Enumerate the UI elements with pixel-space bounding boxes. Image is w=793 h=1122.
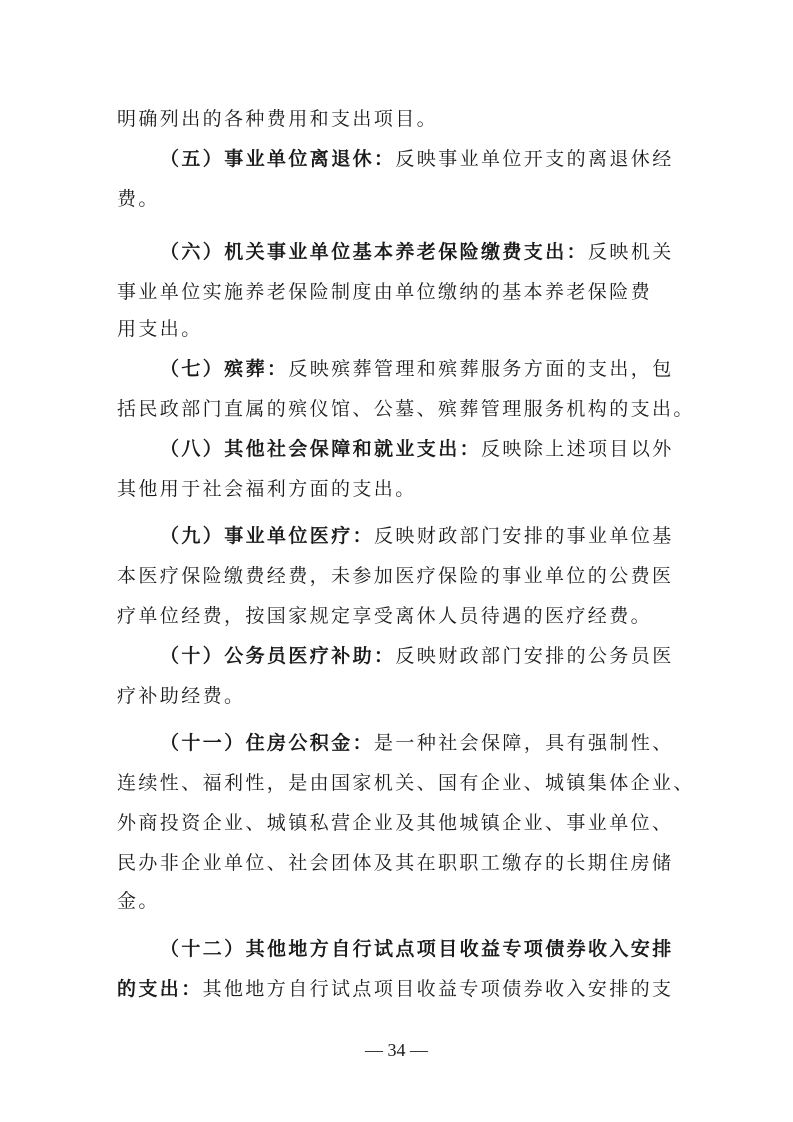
- section-10-heading: （十）公务员医疗补助：反映财政部门安排的公务员医: [160, 641, 674, 671]
- text-line: 民办非企业单位、社会团体及其在职职工缴存的长期住房储: [117, 848, 673, 878]
- text-line: 括民政部门直属的殡仪馆、公墓、殡葬管理服务机构的支出。: [117, 394, 695, 424]
- section-7-heading: （七）殡葬：反映殡葬管理和殡葬服务方面的支出，包: [160, 354, 674, 384]
- section-12-heading: （十二）其他地方自行试点项目收益专项债券收入安排: [160, 934, 674, 964]
- text-line: 其他用于社会福利方面的支出。: [117, 474, 417, 504]
- text-line: 事业单位实施养老保险制度由单位缴纳的基本养老保险费: [117, 277, 652, 307]
- section-6-title: （六）机关事业单位基本养老保险缴费支出：: [160, 241, 588, 263]
- section-5-heading: （五）事业单位离退休：反映事业单位开支的离退休经: [160, 144, 674, 174]
- section-6-heading: （六）机关事业单位基本养老保险缴费支出：反映机关: [160, 237, 674, 267]
- text-line: 疗单位经费，按国家规定享受离休人员待遇的医疗经费。: [117, 601, 652, 631]
- text-line: 金。: [117, 886, 160, 916]
- page-number: — 34 —: [0, 1040, 793, 1061]
- text-line: 本医疗保险缴费经费，未参加医疗保险的事业单位的公费医: [117, 561, 673, 591]
- section-11-title: （十一）住房公积金：: [160, 732, 374, 754]
- text-line: 明确列出的各种费用和支出项目。: [117, 104, 438, 134]
- text-line: 费。: [117, 184, 160, 214]
- section-8-heading: （八）其他社会保障和就业支出：反映除上述项目以外: [160, 434, 674, 464]
- text-line: 疗补助经费。: [117, 681, 245, 711]
- section-9-heading: （九）事业单位医疗：反映财政部门安排的事业单位基: [160, 521, 674, 551]
- text-line: 连续性、福利性，是由国家机关、国有企业、城镇集体企业、: [117, 768, 695, 798]
- document-page: 明确列出的各种费用和支出项目。 （五）事业单位离退休：反映事业单位开支的离退休经…: [0, 0, 793, 1122]
- section-9-title: （九）事业单位医疗：: [160, 525, 374, 547]
- text-line: 用支出。: [117, 314, 203, 344]
- text-line: 的支出：其他地方自行试点项目收益专项债券收入安排的支: [117, 974, 673, 1004]
- section-7-title: （七）殡葬：: [160, 358, 288, 380]
- text-line: 外商投资企业、城镇私营企业及其他城镇企业、事业单位、: [117, 808, 673, 838]
- section-8-title: （八）其他社会保障和就业支出：: [160, 438, 481, 460]
- section-11-heading: （十一）住房公积金：是一种社会保障，具有强制性、: [160, 728, 674, 758]
- section-10-title: （十）公务员医疗补助：: [160, 645, 395, 667]
- section-12-title: （十二）其他地方自行试点项目收益专项债券收入安排: [160, 938, 674, 960]
- section-5-title: （五）事业单位离退休：: [160, 148, 395, 170]
